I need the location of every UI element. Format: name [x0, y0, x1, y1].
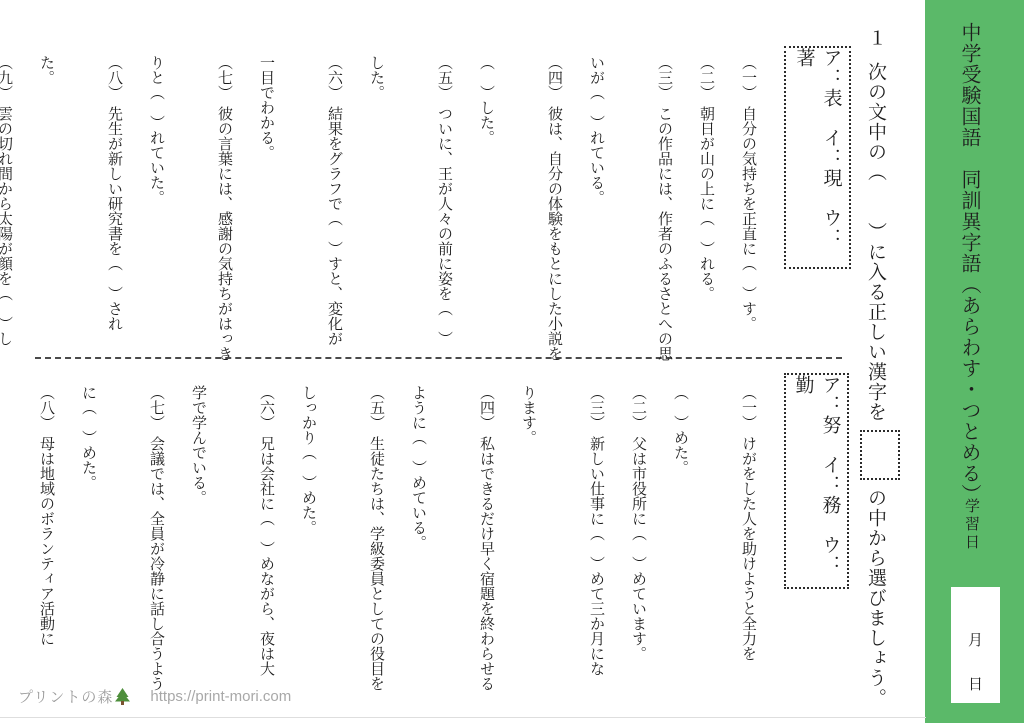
question-text: しっかり（ ）めた。: [296, 385, 364, 685]
choices-tsutomeru: ア：努 イ：務 ウ：勤: [790, 375, 844, 587]
question-item: （七）会議では、全員が冷静に話し合うよう に（ ）めた。: [76, 385, 168, 685]
instruction-after: の中から選びましょう。: [865, 488, 886, 708]
question-text: に（ ）めた。: [76, 385, 144, 685]
footer-divider-line: [0, 717, 926, 718]
instruction-text: １次の文中の（ ）に入る正しい漢字をの中から選びましょう。: [860, 28, 900, 708]
choices-box-tsutomeru: ア：努 イ：務 ウ：勤: [784, 373, 849, 589]
question-item: （五）ついに、王が人々の前に姿を（ ） した。: [364, 55, 456, 363]
question-number: （三）: [656, 55, 673, 100]
question-text: 雲の切れ間から太陽が顔を（ ）し: [0, 106, 13, 346]
question-text: （ ）めた。: [668, 385, 736, 685]
question-text: 母は地域のボランティア活動に: [38, 436, 55, 646]
study-date-label: 学習日: [961, 498, 982, 552]
question-text: けがをした人を助けようと全力を: [740, 436, 757, 661]
answer-box-placeholder: [860, 430, 900, 480]
question-item: （六）兄は会社に（ ）めながら、夜は大 学で学んでいる。: [186, 385, 278, 685]
question-text: 朝日が山の上に（ ）れる。: [698, 106, 715, 301]
question-number: （八）: [106, 55, 123, 100]
question-text: ように（ ）めている。: [406, 385, 474, 685]
question-text: いが（ ）れている。: [584, 55, 652, 363]
question-number: （一）: [740, 385, 757, 430]
question-number: （七）: [216, 55, 233, 100]
question-text: （ ）めています。: [0, 385, 34, 685]
question-number: （三）: [588, 385, 605, 430]
question-text: 私はできるだけ早く宿題を終わらせる: [478, 436, 495, 691]
question-text: ついに、王が人々の前に姿を（ ）: [436, 106, 453, 346]
question-text: した。: [364, 55, 432, 363]
question-number: （六）: [326, 55, 343, 100]
question-item: （六）結果をグラフで（ ）すと、変化が 一目でわかる。: [254, 55, 346, 363]
question-text: （ ）した。: [474, 55, 542, 363]
question-item: （二）父は市役所に（ ）めています。: [626, 385, 650, 685]
question-number: （二）: [630, 385, 647, 430]
question-number: （七）: [148, 385, 165, 430]
question-text: 生徒たちは、学級委員としての役目を: [368, 436, 385, 691]
question-text: 学で学んでいる。: [186, 385, 254, 685]
date-entry-box: 月 日: [951, 587, 1000, 703]
question-item: （四）私はできるだけ早く宿題を終わらせる ように（ ）めている。: [406, 385, 498, 685]
question-section-arawasu: （一）自分の気持ちを正直に（ ）す。 （二）朝日が山の上に（ ）れる。 （三）こ…: [0, 55, 760, 363]
question-number: （四）: [546, 55, 563, 100]
question-item: （九）雲の切れ間から太陽が顔を（ ）し た。: [0, 55, 16, 363]
footer: プリントの森 https://print-mori.com: [18, 686, 291, 707]
question-text: 父は市役所に（ ）めています。: [630, 436, 647, 661]
question-item: （七）彼の言葉には、感謝の気持ちがはっき りと（ ）れていた。: [144, 55, 236, 363]
question-section-tsutomeru: （一）けがをした人を助けようと全力を （ ）めた。 （二）父は市役所に（ ）めて…: [0, 385, 760, 685]
question-text: た。: [34, 55, 102, 363]
question-text: 彼の言葉には、感謝の気持ちがはっき: [216, 106, 233, 361]
question-group-number: １: [865, 28, 886, 48]
question-item: （五）生徒たちは、学級委員としての役目を しっかり（ ）めた。: [296, 385, 388, 685]
question-text: りと（ ）れていた。: [144, 55, 212, 363]
worksheet-title: 中学受験国語 同訓異字語（あらわす・つとめる）: [955, 22, 984, 505]
choices-arawasu: ア：表 イ：現 ウ：著: [791, 48, 845, 267]
day-label: 日: [968, 673, 983, 694]
question-item: （二）朝日が山の上に（ ）れる。: [694, 55, 718, 363]
instruction-before: 次の文中の（ ）に入る正しい漢字を: [865, 62, 886, 422]
question-number: （四）: [478, 385, 495, 430]
question-number: （五）: [368, 385, 385, 430]
question-item: （八）先生が新しい研究書を（ ）され た。: [34, 55, 126, 363]
question-item: （四）彼は、自分の体験をもとにした小説を （ ）した。: [474, 55, 566, 363]
question-text: ります。: [516, 385, 584, 685]
choices-box-arawasu: ア：表 イ：現 ウ：著: [784, 46, 851, 269]
question-text: 彼は、自分の体験をもとにした小説を: [546, 106, 563, 361]
question-text: 一目でわかる。: [254, 55, 322, 363]
month-label: 月: [968, 629, 983, 650]
question-text: 新しい仕事に（ ）めて三か月にな: [588, 436, 605, 676]
question-number: （八）: [38, 385, 55, 430]
question-text: 会議では、全員が冷静に話し合うよう: [148, 436, 165, 691]
title-banner: 中学受験国語 同訓異字語（あらわす・つとめる） 学習日 月 日: [925, 0, 1024, 723]
question-number: （五）: [436, 55, 453, 100]
question-text: 結果をグラフで（ ）すと、変化が: [326, 106, 343, 346]
question-text: この作品には、作者のふるさとへの思: [656, 106, 673, 361]
question-item: （一）けがをした人を助けようと全力を （ ）めた。: [668, 385, 760, 685]
site-name: プリントの森: [18, 686, 113, 707]
footer-url: https://print-mori.com: [150, 688, 291, 705]
worksheet-page: 中学受験国語 同訓異字語（あらわす・つとめる） 学習日 月 日 １次の文中の（ …: [0, 0, 1024, 723]
question-number: （九）: [0, 55, 13, 100]
question-text: 兄は会社に（ ）めながら、夜は大: [258, 436, 275, 676]
question-number: （一）: [740, 55, 757, 100]
tree-icon: [115, 688, 130, 705]
question-item: （三）新しい仕事に（ ）めて三か月にな ります。: [516, 385, 608, 685]
question-item: （八）母は地域のボランティア活動に （ ）めています。: [0, 385, 58, 685]
question-number: （二）: [698, 55, 715, 100]
question-text: 自分の気持ちを正直に（ ）す。: [740, 106, 757, 331]
question-item: （三）この作品には、作者のふるさとへの思 いが（ ）れている。: [584, 55, 676, 363]
question-number: （六）: [258, 385, 275, 430]
question-item: （一）自分の気持ちを正直に（ ）す。: [736, 55, 760, 363]
question-text: 先生が新しい研究書を（ ）され: [106, 106, 123, 331]
